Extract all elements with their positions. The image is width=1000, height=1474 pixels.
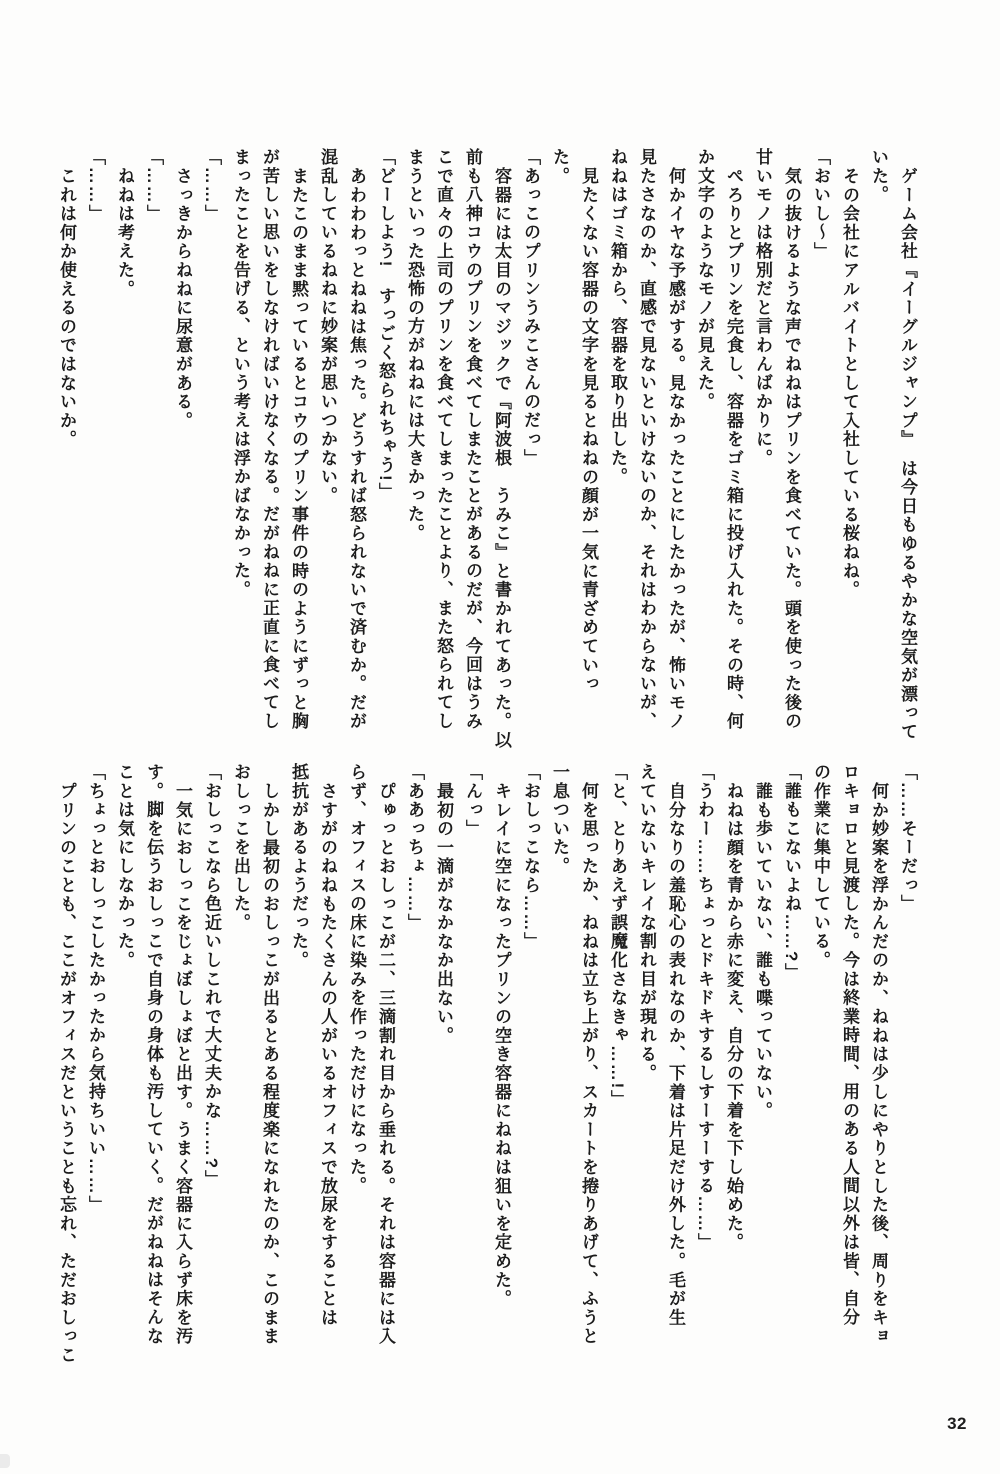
text-column: えていないキレイな割れ目が現れる。 (632, 763, 661, 1355)
text-column: まったことを告げる、という考えは浮かばなかった。 (226, 148, 255, 740)
text-column: あわわわっとねねは焦った。どうすれば怒られないで済むか。だが (342, 148, 371, 740)
text-column: 「……」 (139, 148, 168, 740)
text-column: 誰も歩いていない、誰も喋っていない。 (748, 763, 777, 1355)
text-column: 「おしっこなら……」 (516, 763, 545, 1355)
text-column: これは何か使えるのではないか。 (52, 148, 81, 740)
text-column: 「誰もこないよね……?」 (777, 763, 806, 1355)
text-column: が苦しい思いをしなければいけなくなる。だがねねに正直に食べてし (255, 148, 284, 740)
text-column: ねねは考えた。 (110, 148, 139, 740)
text-column: さすがのねねもたくさんの人がいるオフィスで放尿をすることは (313, 763, 342, 1355)
text-column: 気の抜けるような声でねねはプリンを食べていた。頭を使った後の (777, 148, 806, 740)
story-text-block-bottom: 「……そーだっ」何か妙案を浮かんだのか、ねねは少しにやりとした後、周りをキョロキ… (52, 763, 922, 1355)
text-column: プリンのことも、ここがオフィスだということも忘れ、ただおしっこ (52, 763, 81, 1355)
text-column: まうといった恐怖の方がねねには大きかった。 (400, 148, 429, 740)
text-column: ぺろりとプリンを完食し、容器をゴミ箱に投げ入れた。その時、何 (719, 148, 748, 740)
text-column: た。 (545, 148, 574, 740)
scan-artifact (0, 1454, 10, 1468)
text-column: ことは気にしなかった。 (110, 763, 139, 1355)
text-column: 「……そーだっ」 (893, 763, 922, 1355)
text-column: ねねは顔を青から赤に変え、自分の下着を下し始めた。 (719, 763, 748, 1355)
page-number: 32 (947, 1414, 967, 1434)
story-text-block-top: ゲーム会社『イーグルジャンプ』 は今日もゆるやかな空気が漂っていた。その会社にア… (52, 148, 922, 740)
text-column: こで直々の上司のプリンを食べてしまったことより、また怒られてし (429, 148, 458, 740)
text-column: 最初の一滴がなかなか出ない。 (429, 763, 458, 1355)
text-column: キレイに空になったプリンの空き容器にねねは狙いを定めた。 (487, 763, 516, 1355)
text-column: またこのまま黙っているとコウのプリン事件の時のようにずっと胸 (284, 148, 313, 740)
text-column: 「うわー……ちょっとドキドキするしすーすーする……」 (690, 763, 719, 1355)
text-column: おしっこを出した。 (226, 763, 255, 1355)
text-column: ねねはゴミ箱から、容器を取り出した。 (603, 148, 632, 740)
text-column: 何かイヤな予感がする。見なかったことにしたかったが、怖いモノ (661, 148, 690, 740)
text-column: いた。 (864, 148, 893, 740)
text-column: 「あっこのプリンうみこさんのだっ」 (516, 148, 545, 740)
scanned-page: ゲーム会社『イーグルジャンプ』 は今日もゆるやかな空気が漂っていた。その会社にア… (0, 0, 1000, 1474)
text-column: さっきからねねに尿意がある。 (168, 148, 197, 740)
text-column: 一息ついた。 (545, 763, 574, 1355)
text-column: 「おいし～」 (806, 148, 835, 740)
text-column: 「ちょっとおしっこしたかったから気持ちいい……」 (81, 763, 110, 1355)
text-column: の作業に集中している。 (806, 763, 835, 1355)
text-column: 「んっ」 (458, 763, 487, 1355)
text-column: 「……」 (81, 148, 110, 740)
text-column: 「おしっこなら色近いしこれで大丈夫かな……?」 (197, 763, 226, 1355)
text-column: らず、オフィスの床に染みを作っただけになった。 (342, 763, 371, 1355)
text-column: 混乱しているねねに妙案が思いつかない。 (313, 148, 342, 740)
text-column: 容器には太目のマジックで『阿波根 うみこ』と書かれてあった。以 (487, 148, 516, 740)
text-column: 「と、とりあえず誤魔化さなきゃ……!」 (603, 763, 632, 1355)
text-column: 抵抗があるようだった。 (284, 763, 313, 1355)
text-column: ロキョロと見渡した。今は終業時間、用のある人間以外は皆、自分 (835, 763, 864, 1355)
text-column: 一気におしっこをじょぼしょぼと出す。うまく容器に入らず床を汚 (168, 763, 197, 1355)
text-column: その会社にアルバイトとして入社している桜ねね。 (835, 148, 864, 740)
text-column: 自分なりの羞恥心の表れなのか、下着は片足だけ外した。毛が生 (661, 763, 690, 1355)
text-column: ぴゅっとおしっこが二、三滴割れ目から垂れる。それは容器には入 (371, 763, 400, 1355)
text-column: 見たくない容器の文字を見るとねねの顔が一気に青ざめていっ (574, 148, 603, 740)
text-column: か文字のようなモノが見えた。 (690, 148, 719, 740)
text-column: 「……」 (197, 148, 226, 740)
text-column: ゲーム会社『イーグルジャンプ』 は今日もゆるやかな空気が漂って (893, 148, 922, 740)
text-column: 見たさなのか、直感で見ないといけないのか、それはわからないが、 (632, 148, 661, 740)
text-column: 何か妙案を浮かんだのか、ねねは少しにやりとした後、周りをキョ (864, 763, 893, 1355)
text-column: 甘いモノは格別だと言わんばかりに。 (748, 148, 777, 740)
text-column: 「どーしよう! すっごく怒られちゃう!」 (371, 148, 400, 740)
text-column: す。脚を伝うおしっこで自身の身体も汚していく。だがねねはそんな (139, 763, 168, 1355)
text-column: 前も八神コウのプリンを食べてしまたことがあるのだが、今回はうみ (458, 148, 487, 740)
text-column: 何を思ったか、ねねは立ち上がり、スカートを捲りあげて、ふうと (574, 763, 603, 1355)
text-column: しかし最初のおしっこが出るとある程度楽になれたのか、このまま (255, 763, 284, 1355)
text-column: 「ああっちょ……」 (400, 763, 429, 1355)
